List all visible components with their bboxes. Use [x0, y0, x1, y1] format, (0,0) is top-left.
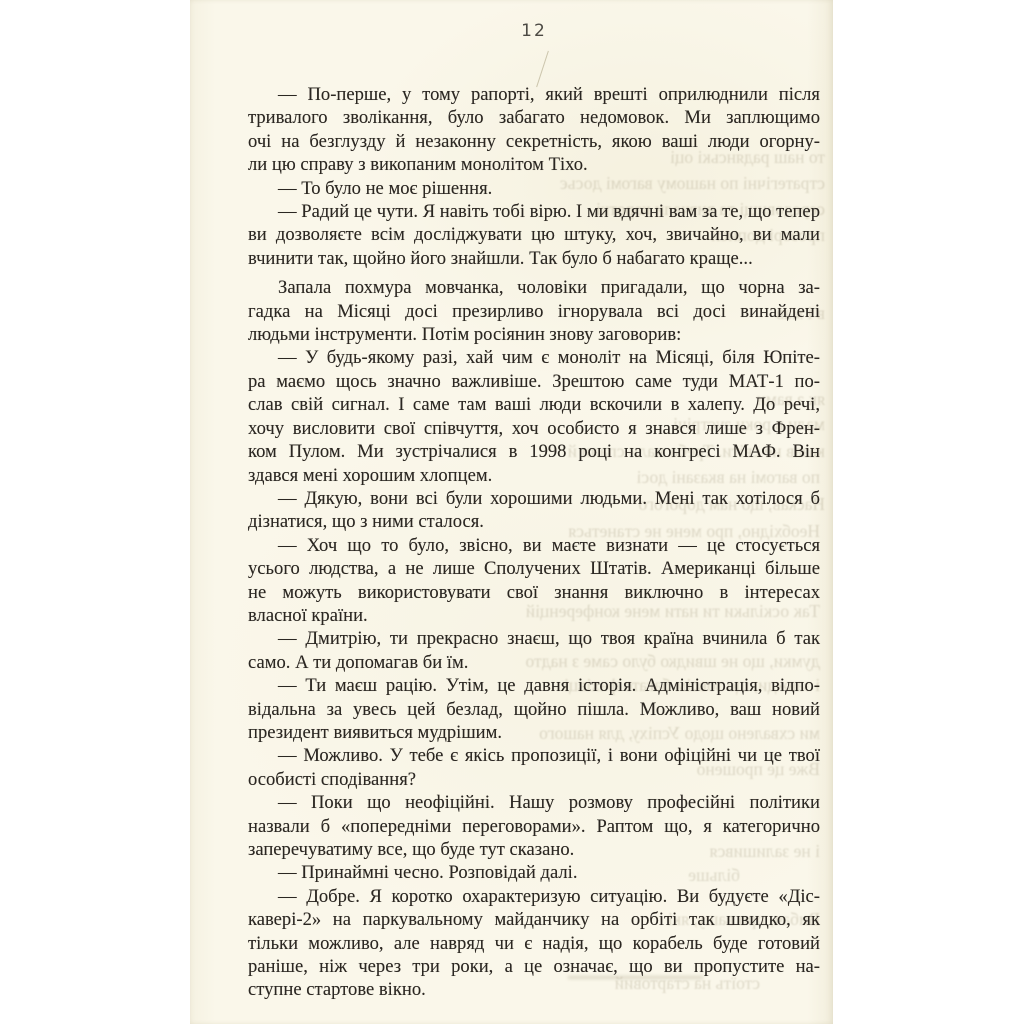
text-line: — Радий це чути. Я навіть тобі вірю. І м… — [248, 200, 820, 223]
text-line: здався мені хорошим хлопцем. — [248, 464, 820, 487]
paragraph: — У будь-якому разі, хай чим є моноліт н… — [248, 346, 820, 486]
text-line: раніше, ніж через три роки, а це означає… — [248, 955, 820, 978]
text-line: назвали б «попередніми переговорами». Ра… — [248, 815, 820, 838]
text-line: — Ти маєш рацію. Утім, це давня історія.… — [248, 674, 820, 697]
text-line: власної країни. — [248, 604, 820, 627]
paragraph: — По-перше, у тому рапорті, який врешті … — [248, 83, 820, 177]
paragraph: — Ти маєш рацію. Утім, це давня історія.… — [248, 674, 820, 744]
text-line: само. А ти допомагав би їм. — [248, 651, 820, 674]
text-line: людьми інструменти. Потім росіянин знову… — [248, 323, 820, 346]
text-line: — То було не моє рішення. — [248, 177, 820, 200]
paragraph: — Принаймні чесно. Розповідай далі. — [248, 861, 820, 884]
text-line: дізнатися, що з ними сталося. — [248, 510, 820, 533]
text-line: тільки можливо, але навряд чи є надія, щ… — [248, 932, 820, 955]
text-line: ступне стартове вікно. — [248, 978, 820, 1001]
text-line: тривалого зволікання, було забагато недо… — [248, 106, 820, 129]
text-line: Запала похмура мовчанка, чоловіки пригад… — [248, 276, 820, 299]
text-line: вчинити так, щойно його знайшли. Так бул… — [248, 247, 820, 270]
text-line: — По-перше, у тому рапорті, який врешті … — [248, 83, 820, 106]
text-line: — Добре. Я коротко охарактеризую ситуаці… — [248, 885, 820, 908]
text-line: — Дмитрію, ти прекрасно знаєш, що твоя к… — [248, 627, 820, 650]
paragraph: — Добре. Я коротко охарактеризую ситуаці… — [248, 885, 820, 1002]
paragraph: — Дмитрію, ти прекрасно знаєш, що твоя к… — [248, 627, 820, 674]
paragraph: — То було не моє рішення. — [248, 177, 820, 200]
text-line: слав свій сигнал. І саме там ваші люди в… — [248, 393, 820, 416]
paragraph: Запала похмура мовчанка, чоловіки пригад… — [248, 276, 820, 346]
paragraph: — Дякую, вони всі були хорошими людьми. … — [248, 487, 820, 534]
text-line: — Поки що неофіційні. Нашу розмову профе… — [248, 791, 820, 814]
text-line: відальна за увесь цей безлад, щойно пішл… — [248, 698, 820, 721]
text-line: хочу висловити свої співчуття, хоч особи… — [248, 417, 820, 440]
text-block: — По-перше, у тому рапорті, який врешті … — [248, 83, 820, 1002]
text-line: — Дякую, вони всі були хорошими людьми. … — [248, 487, 820, 510]
page-number: 12 — [248, 21, 820, 41]
scanned-book-photo: то наш радянські оцістратегічні по нашом… — [0, 0, 1024, 1024]
text-line: — Принаймні чесно. Розповідай далі. — [248, 861, 820, 884]
text-line: особисті сподівання? — [248, 768, 820, 791]
paragraph: — Хоч що то було, звісно, ви маєте визна… — [248, 534, 820, 628]
text-line: — У будь-якому разі, хай чим є моноліт н… — [248, 346, 820, 369]
text-line: — Хоч що то було, звісно, ви маєте визна… — [248, 534, 820, 557]
paragraph: — Радий це чути. Я навіть тобі вірю. І м… — [248, 200, 820, 270]
text-line: не можуть використовувати свої знання ви… — [248, 581, 820, 604]
text-line: гадка на Місяці досі презирливо ігнорува… — [248, 300, 820, 323]
paper-crease — [536, 51, 549, 87]
text-line: президент виявиться мудрішим. — [248, 721, 820, 744]
text-line: очі на безглузду й незаконну секретність… — [248, 130, 820, 153]
text-line: ком Пулом. Ми зустрічалися в 1998 році н… — [248, 440, 820, 463]
text-line: — Можливо. У тебе є якісь пропозиції, і … — [248, 744, 820, 767]
text-line: ли цю справу з викопаним монолітом Тіхо. — [248, 153, 820, 176]
paragraph: — Можливо. У тебе є якісь пропозиції, і … — [248, 744, 820, 791]
text-line: усього людства, а не лише Сполучених Шта… — [248, 557, 820, 580]
paragraph: — Поки що неофіційні. Нашу розмову профе… — [248, 791, 820, 861]
text-line: ра маємо щось значно важливіше. Зрештою … — [248, 370, 820, 393]
text-line: ви дозволяєте всім досліджувати цю штуку… — [248, 223, 820, 246]
text-line: заперечуватиму все, що буде тут сказано. — [248, 838, 820, 861]
text-line: кавері-2» на паркувальному майданчику на… — [248, 908, 820, 931]
book-page: то наш радянські оцістратегічні по нашом… — [190, 0, 833, 1024]
